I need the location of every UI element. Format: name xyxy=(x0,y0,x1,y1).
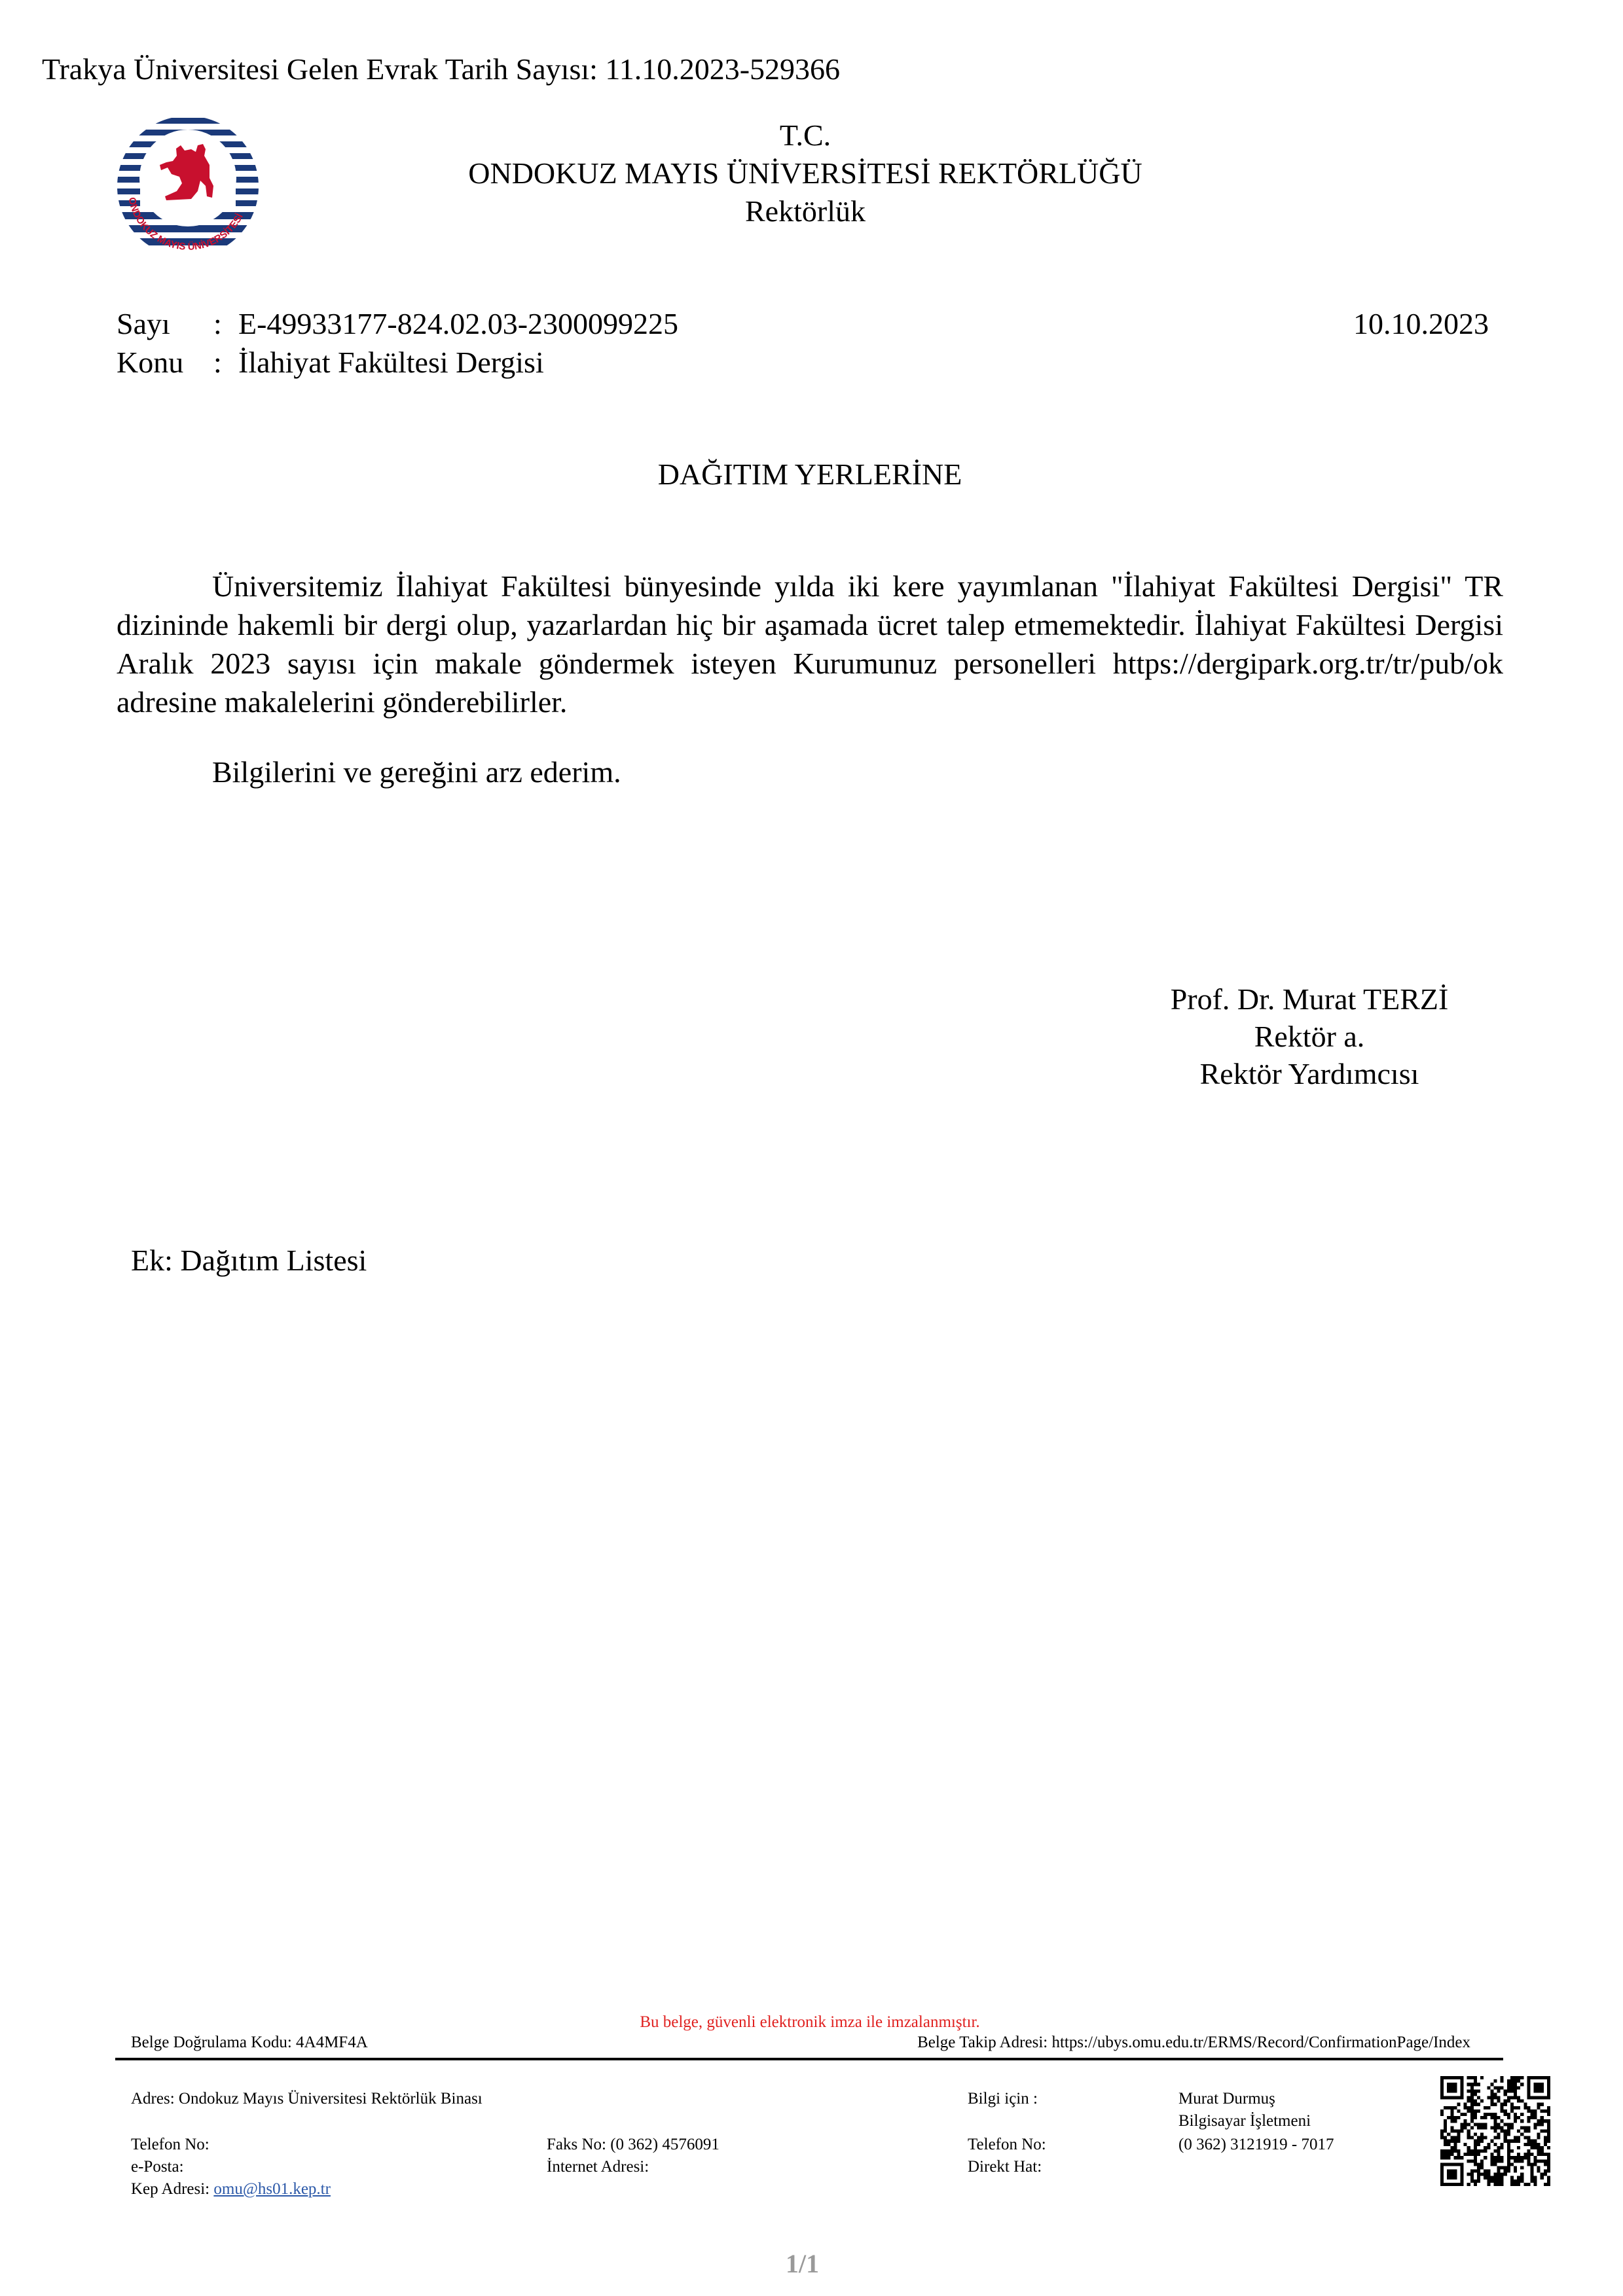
letterhead-institution: ONDOKUZ MAYIS ÜNİVERSİTESİ REKTÖRLÜĞÜ xyxy=(393,154,1218,192)
page-number: 1/1 xyxy=(786,2248,819,2279)
info-phone-label: Telefon No: xyxy=(968,2134,1046,2156)
document-meta: Sayı : E-49933177-824.02.03-2300099225 K… xyxy=(117,304,678,382)
tracking-address: Belge Takip Adresi: https://ubys.omu.edu… xyxy=(917,2033,1470,2053)
university-seal-icon: ONDOKUZ MAYIS ÜNİVERSİTESİ xyxy=(114,113,262,260)
footer-address: Adres: Ondokuz Mayıs Üniversitesi Rektör… xyxy=(131,2088,483,2110)
letterhead-country: T.C. xyxy=(393,117,1218,154)
signatory-role: Rektör Yardımcısı xyxy=(1048,1055,1571,1092)
letterhead-unit: Rektörlük xyxy=(393,192,1218,230)
document-number-row: Sayı : E-49933177-824.02.03-2300099225 xyxy=(117,304,678,343)
footer-kep: Kep Adresi: omu@hs01.kep.tr xyxy=(131,2178,331,2200)
subject-row: Konu : İlahiyat Fakültesi Dergisi xyxy=(117,343,678,382)
letterhead: T.C. ONDOKUZ MAYIS ÜNİVERSİTESİ REKTÖRLÜ… xyxy=(393,117,1218,230)
footer-fax: Faks No: (0 362) 4576091 xyxy=(547,2134,720,2156)
signatory-title: Rektör a. xyxy=(1048,1018,1571,1055)
document-date: 10.10.2023 xyxy=(1353,304,1489,343)
subject-label: Konu xyxy=(117,343,213,382)
direct-line-label: Direkt Hat: xyxy=(968,2156,1042,2178)
university-logo: ONDOKUZ MAYIS ÜNİVERSİTESİ xyxy=(114,113,262,260)
addressee: DAĞITIM YERLERİNE xyxy=(117,456,1503,493)
kep-label: Kep Adresi: xyxy=(131,2180,210,2198)
esignature-notice: Bu belge, güvenli elektronik imza ile im… xyxy=(117,2013,1503,2032)
incoming-document-stamp: Trakya Üniversitesi Gelen Evrak Tarih Sa… xyxy=(42,51,840,88)
subject-value: İlahiyat Fakültesi Dergisi xyxy=(238,343,544,382)
verification-code: Belge Doğrulama Kodu: 4A4MF4A xyxy=(131,2033,368,2053)
footer-phone-label: Telefon No: xyxy=(131,2134,210,2156)
footer-email-label: e-Posta: xyxy=(131,2156,184,2178)
qr-code-icon xyxy=(1440,2076,1550,2186)
signature-block: Prof. Dr. Murat TERZİ Rektör a. Rektör Y… xyxy=(1048,980,1571,1092)
info-role: Bilgisayar İşletmeni xyxy=(1178,2110,1311,2132)
document-number-label: Sayı xyxy=(117,304,213,343)
document-number-value: E-49933177-824.02.03-2300099225 xyxy=(238,304,678,343)
body-paragraph: Üniversitemiz İlahiyat Fakültesi bünyesi… xyxy=(117,567,1503,721)
kep-address-link[interactable]: omu@hs01.kep.tr xyxy=(213,2180,331,2198)
footer-internet-label: İnternet Adresi: xyxy=(547,2156,649,2178)
separator: : xyxy=(213,304,238,343)
info-phone-value: (0 362) 3121919 - 7017 xyxy=(1178,2134,1334,2156)
info-name: Murat Durmuş xyxy=(1178,2088,1275,2110)
closing-line: Bilgilerini ve gereğini arz ederim. xyxy=(212,754,621,791)
attachment-note: Ek: Dağıtım Listesi xyxy=(131,1242,367,1279)
separator: : xyxy=(213,343,238,382)
info-label: Bilgi için : xyxy=(968,2088,1038,2110)
signatory-name: Prof. Dr. Murat TERZİ xyxy=(1048,980,1571,1018)
footer-divider xyxy=(115,2058,1503,2060)
